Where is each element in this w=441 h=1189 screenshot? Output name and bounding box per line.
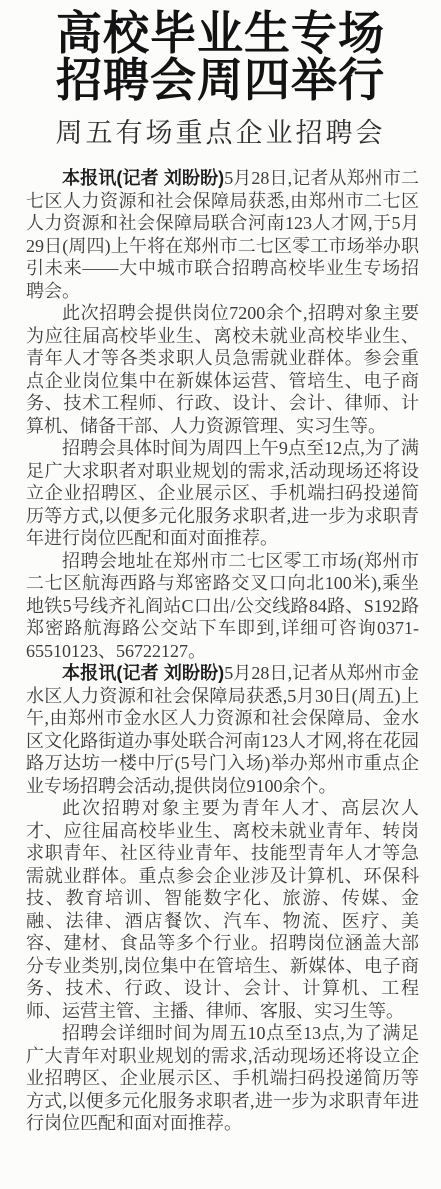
- body-paragraph: 招聘会详细时间为周五10点至13点,为了满足广大青年对职业规划的需求,活动现场还…: [26, 1022, 419, 1135]
- body-paragraph: 招聘会地址在郑州市二七区零工市场(郑州市二七区航海西路与郑密路交叉口向北100米…: [26, 550, 419, 663]
- body-paragraph: 本报讯(记者 刘盼盼)5月28日,记者从郑州市金水区人力资源和社会保障局获悉,5…: [26, 662, 419, 797]
- paragraph-text: 招聘会详细时间为周五10点至13点,为了满足广大青年对职业规划的需求,活动现场还…: [26, 1023, 419, 1133]
- article-body: 本报讯(记者 刘盼盼)5月28日,记者从郑州市二七区人力资源和社会保障局获悉,由…: [0, 167, 441, 1149]
- paragraph-text: 此次招聘对象主要为青年人才、高层次人才、应往届高校毕业生、离校未就业青年、转岗求…: [26, 798, 419, 1021]
- headline-line-2: 招聘会周四举行: [0, 57, 441, 104]
- article-subheadline: 周五有场重点企业招聘会: [0, 119, 441, 147]
- body-paragraph: 此次招聘会提供岗位7200余个,招聘对象主要为应往届高校毕业生、离校未就业高校毕…: [26, 302, 419, 437]
- byline-lead: 本报讯(记者 刘盼盼): [62, 663, 224, 683]
- newspaper-clipping: 高校毕业生专场 招聘会周四举行 周五有场重点企业招聘会 本报讯(记者 刘盼盼)5…: [0, 0, 441, 1189]
- body-paragraph: 本报讯(记者 刘盼盼)5月28日,记者从郑州市二七区人力资源和社会保障局获悉,由…: [26, 167, 419, 302]
- byline-lead: 本报讯(记者 刘盼盼): [62, 168, 224, 188]
- body-paragraph: 此次招聘对象主要为青年人才、高层次人才、应往届高校毕业生、离校未就业青年、转岗求…: [26, 797, 419, 1022]
- article-headline: 高校毕业生专场 招聘会周四举行: [0, 10, 441, 104]
- headline-line-1: 高校毕业生专场: [0, 10, 441, 57]
- body-paragraph: 招聘会具体时间为周四上午9点至12点,为了满足广大求职者对职业规划的需求,活动现…: [26, 437, 419, 550]
- paragraph-text: 招聘会地址在郑州市二七区零工市场(郑州市二七区航海西路与郑密路交叉口向北100米…: [26, 551, 419, 661]
- paragraph-text: 此次招聘会提供岗位7200余个,招聘对象主要为应往届高校毕业生、离校未就业高校毕…: [26, 303, 419, 436]
- paragraph-text: 招聘会具体时间为周四上午9点至12点,为了满足广大求职者对职业规划的需求,活动现…: [26, 438, 419, 548]
